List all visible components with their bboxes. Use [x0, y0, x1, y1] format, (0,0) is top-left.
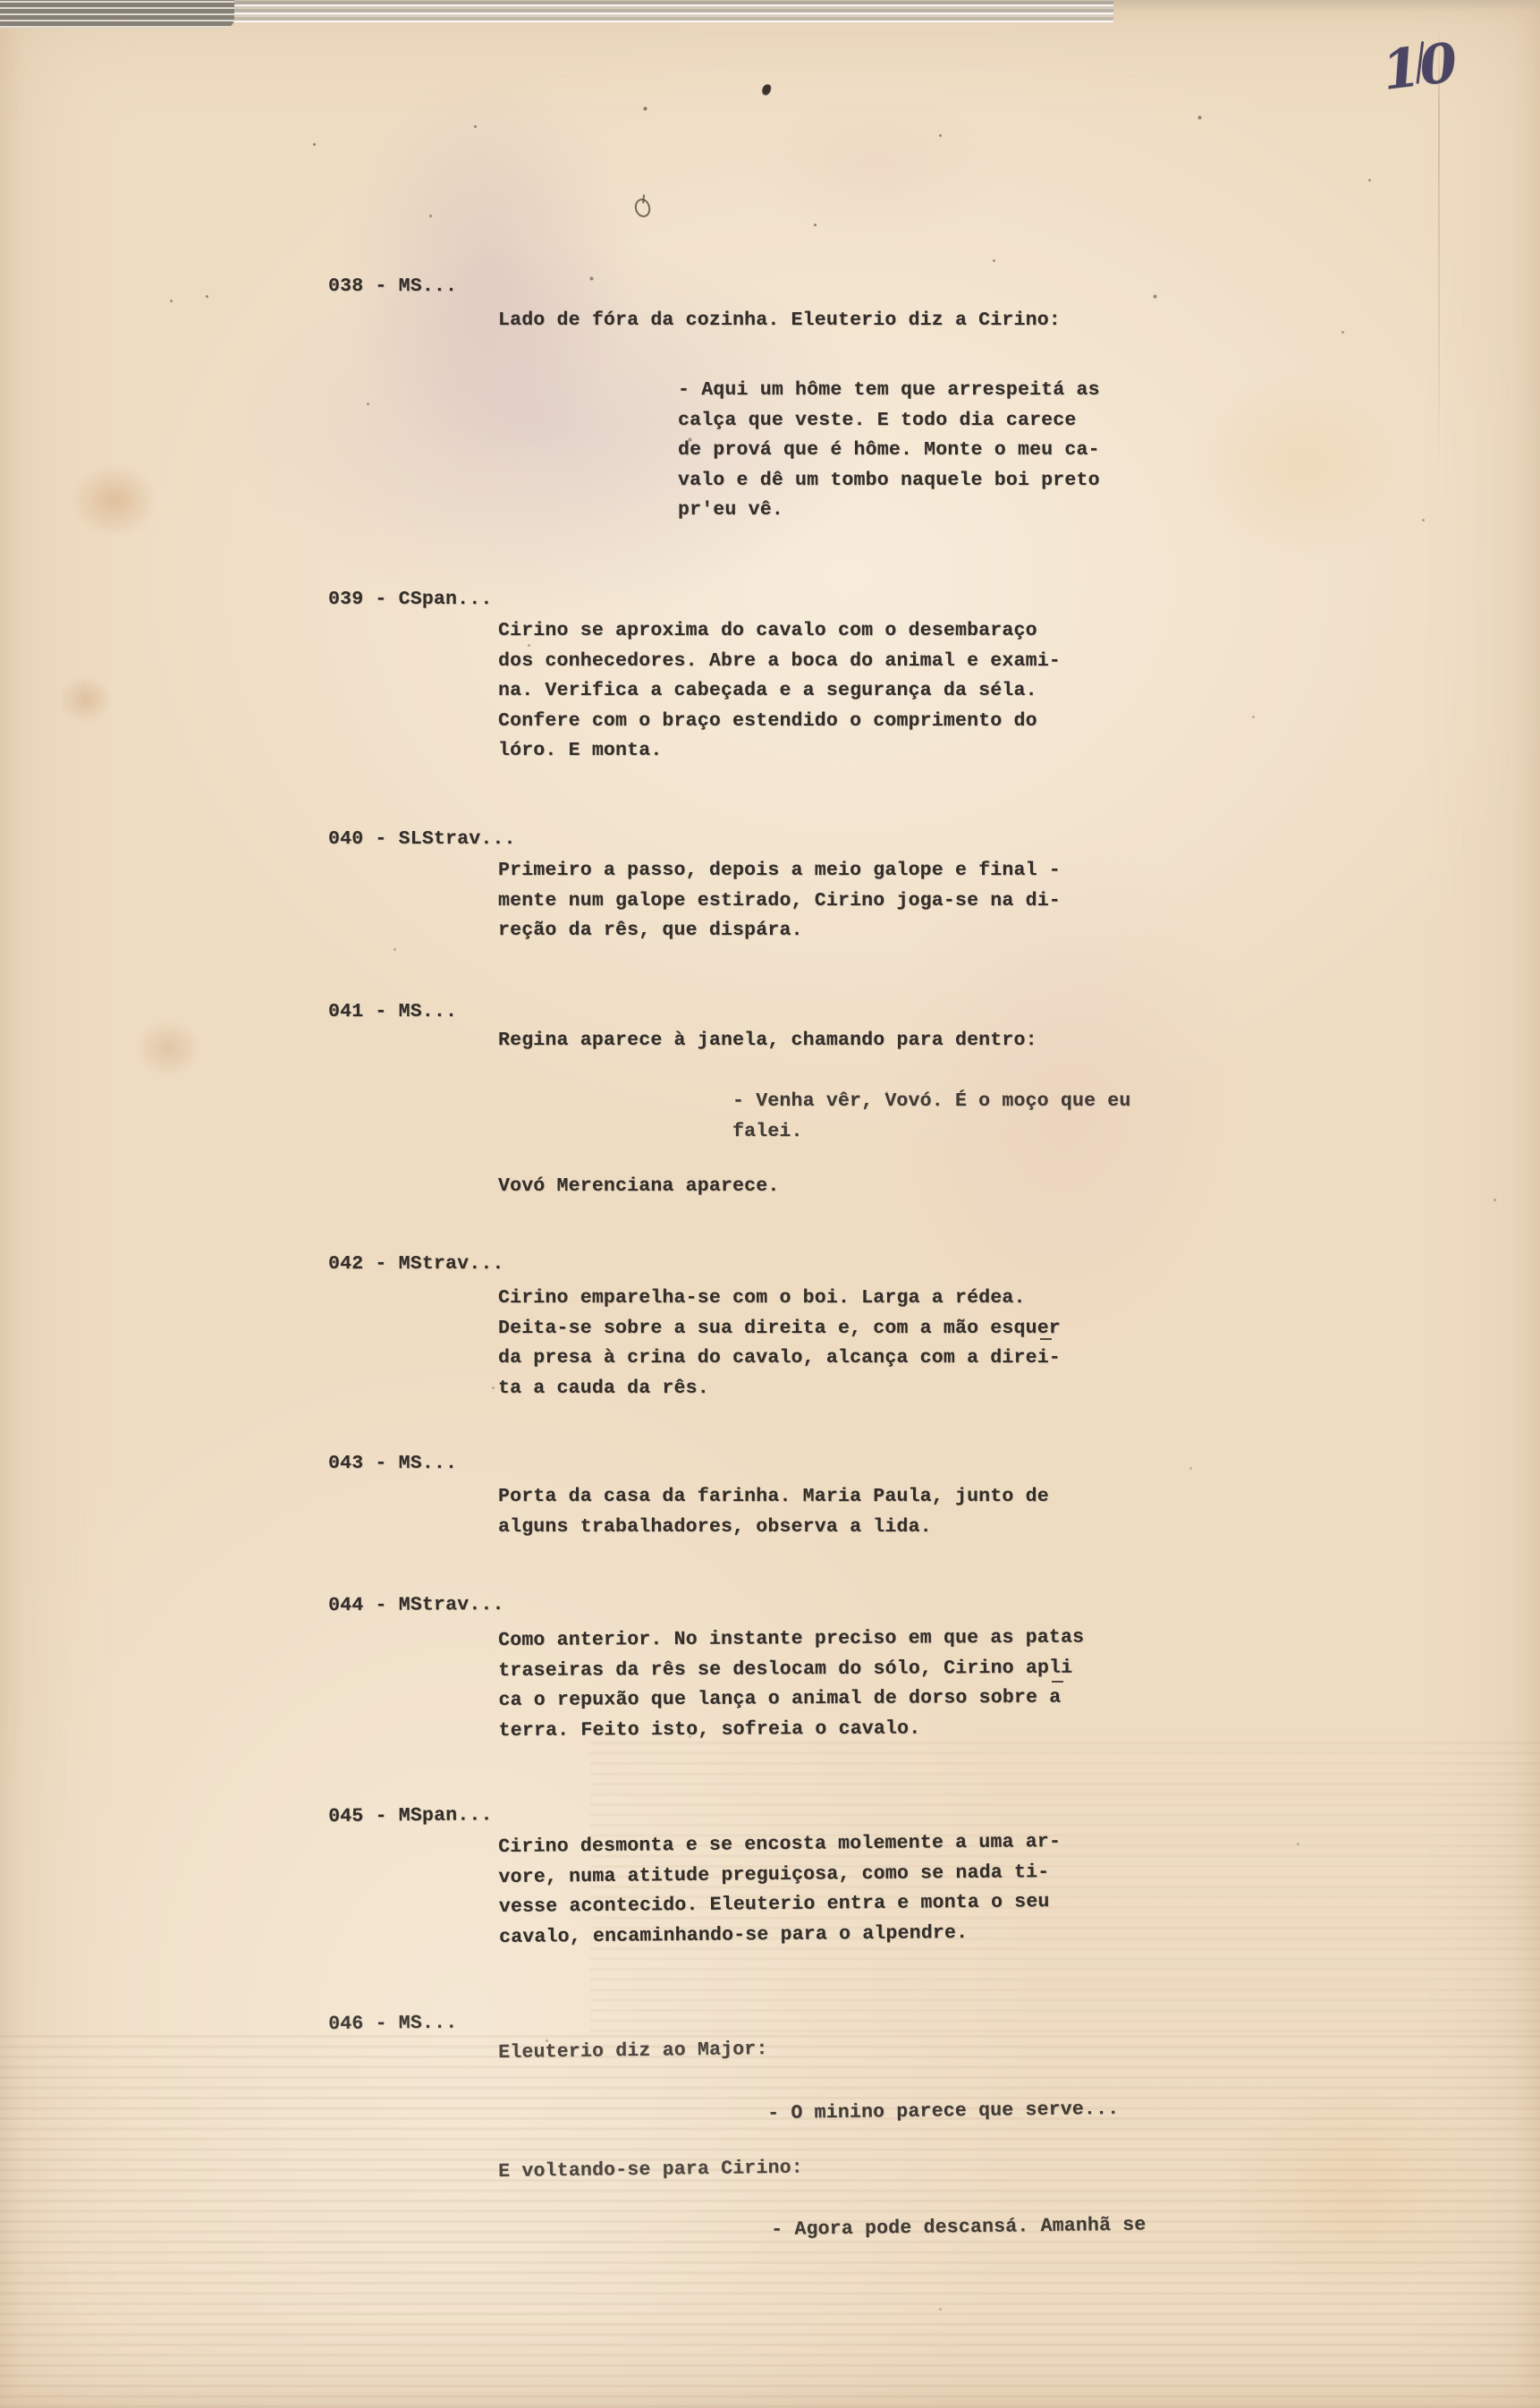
- reverse-text-show-through: [0, 2032, 1540, 2408]
- action-line: Cirino desmonta e se encosta molemente a…: [498, 1827, 1061, 1863]
- action-block: Como anterior. No instante preciso em qu…: [498, 1624, 1085, 1746]
- action-line: Confere com o braço estendido o comprime…: [498, 707, 1061, 737]
- scene-heading: 038 - MS...: [328, 272, 457, 302]
- hyphenation-underline: [1040, 1338, 1052, 1340]
- action-line: E voltando-se para Cirino:: [498, 2154, 803, 2188]
- action-line: traseiras da rês se deslocam do sólo, Ci…: [498, 1653, 1084, 1686]
- scene-heading: 044 - MStrav...: [328, 1590, 504, 1622]
- dialogue-line: falei.: [732, 1117, 1130, 1148]
- action-block: Porta da casa da farinha. Maria Paula, j…: [498, 1482, 1049, 1542]
- action-block: Primeiro a passo, depois a meio galope e…: [498, 856, 1061, 946]
- action-line: da presa à crina do cavalo, alcança com …: [498, 1344, 1061, 1374]
- dialogue-block: - Venha vêr, Vovó. É o moço que eufalei.: [732, 1087, 1130, 1147]
- action-line: cavalo, encaminhando-se para o alpendre.: [499, 1917, 1062, 1953]
- hyphenation-underline: [1052, 1681, 1063, 1683]
- dialogue-line: - Agora pode descansá. Amanhã se: [771, 2211, 1147, 2246]
- action-line: Cirino se aproxima do cavalo com o desem…: [498, 616, 1061, 647]
- scene-heading: 041 - MS...: [328, 997, 457, 1028]
- script-page: 10 038 - MS... Lado de fóra da cozinha. …: [0, 0, 1540, 2408]
- scene-heading: 039 - CSpan...: [328, 585, 492, 615]
- scene-heading: 043 - MS...: [328, 1449, 457, 1480]
- action-line: reção da rês, que dispára.: [498, 916, 1061, 946]
- action-line: ta a cauda da rês.: [498, 1374, 1061, 1404]
- action-line: Deita-se sobre a sua direita e, com a mã…: [498, 1314, 1061, 1344]
- action-line: Primeiro a passo, depois a meio galope e…: [498, 856, 1061, 886]
- ink-speck: [760, 83, 773, 97]
- action-line: vesse acontecido. Eleuterio entra e mont…: [499, 1887, 1062, 1923]
- action-block: Cirino se aproxima do cavalo com o desem…: [498, 616, 1061, 767]
- dust-specks: [313, 143, 316, 146]
- dialogue-line: - O minino parece que serve...: [767, 2095, 1119, 2130]
- action-line: Porta da casa da farinha. Maria Paula, j…: [498, 1482, 1049, 1513]
- dialogue-line: - Venha vêr, Vovó. É o moço que eu: [732, 1087, 1130, 1117]
- scene-heading: 042 - MStrav...: [328, 1250, 504, 1280]
- action-line: Lado de fóra da cozinha. Eleuterio diz a…: [498, 306, 1061, 336]
- scene-heading: 045 - MSpan...: [328, 1801, 493, 1832]
- action-block: Cirino desmonta e se encosta molemente a…: [498, 1827, 1062, 1953]
- action-line: Como anterior. No instante preciso em qu…: [498, 1624, 1084, 1657]
- action-line: lóro. E monta.: [498, 736, 1061, 767]
- action-block: Cirino emparelha-se com o boi. Larga a r…: [498, 1284, 1061, 1403]
- dialogue-line: valo e dê um tombo naquele boi preto: [678, 466, 1100, 496]
- scene-heading: 046 - MS...: [328, 2009, 457, 2040]
- pencil-doodle: [633, 197, 653, 218]
- dialogue-line: - Aqui um hôme tem que arrespeitá as: [678, 376, 1100, 406]
- dialogue-line: pr'eu vê.: [678, 496, 1100, 526]
- action-line: na. Verifica a cabeçada e a segurança da…: [498, 676, 1061, 707]
- dialogue-line: de prová que é hôme. Monte o meu ca-: [678, 436, 1100, 466]
- action-line: Cirino emparelha-se com o boi. Larga a r…: [498, 1284, 1061, 1314]
- page-number-handwritten: 10: [1379, 31, 1460, 103]
- action-line: Regina aparece à janela, chamando para d…: [498, 1026, 1037, 1056]
- action-line: alguns trabalhadores, observa a lida.: [498, 1513, 1049, 1543]
- scanned-book-spine-corner: [0, 0, 234, 28]
- paper-top-shade: [1113, 0, 1540, 11]
- action-line: Vovó Merenciana aparece.: [498, 1172, 779, 1202]
- action-line: mente num galope estirado, Cirino joga-s…: [498, 886, 1061, 917]
- action-line: Eleuterio diz ao Major:: [498, 2035, 768, 2068]
- scene-heading: 040 - SLStrav...: [328, 825, 516, 855]
- dialogue-block: - Aqui um hôme tem que arrespeitá ascalç…: [678, 376, 1100, 526]
- action-line: dos conhecedores. Abre a boca do animal …: [498, 647, 1061, 677]
- action-line: ca o repuxão que lança o animal de dorso…: [498, 1683, 1084, 1717]
- dialogue-line: calça que veste. E todo dia carece: [678, 406, 1100, 437]
- action-line: terra. Feito isto, sofreia o cavalo.: [499, 1713, 1085, 1746]
